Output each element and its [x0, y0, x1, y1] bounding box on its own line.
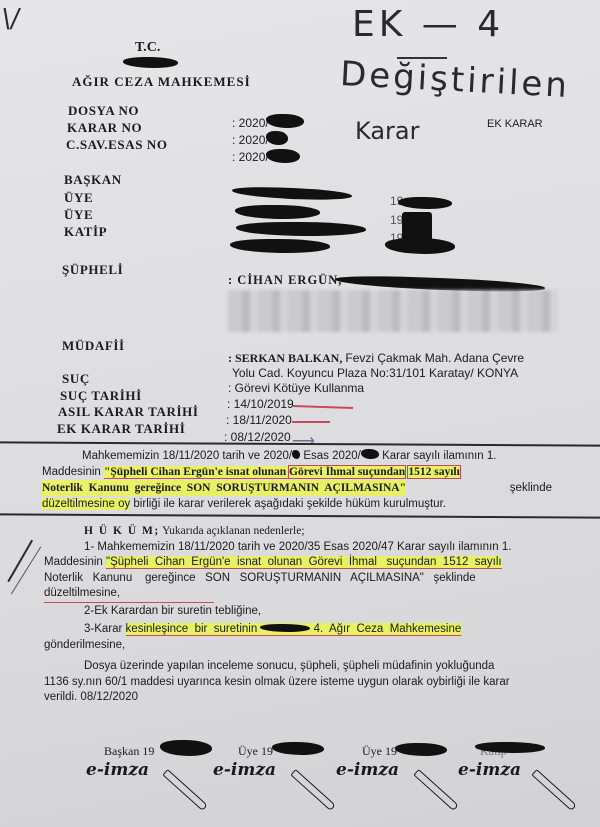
defense-address-line1: Fevzi Çakmak Mah. Adana Çevre: [345, 351, 524, 365]
verdict-text: düzeltilmesine,: [44, 587, 120, 599]
defense-info: : SERKAN BALKAN, Fevzi Çakmak Mah. Adana…: [228, 351, 524, 366]
e-signature-stamp: e-imza: [336, 760, 399, 780]
verdict-text: Maddesinin: [44, 556, 106, 568]
boxed-law-text: 1512 sayılı: [408, 466, 459, 478]
redaction-number: [361, 449, 379, 459]
highlighted-text: düzeltilmesine oy: [42, 498, 130, 510]
amendment-text: şeklinde: [510, 480, 552, 496]
highlighted-text: kesinleşince bir suretinin 4. Ağır Ceza …: [126, 623, 462, 636]
amendment-text: Maddesinin: [42, 466, 104, 478]
boxed-crime-text: Görevi İhmal suçundan: [289, 466, 405, 478]
verdict-text: 3-Karar: [84, 623, 126, 635]
case-field-value: : 2020/: [232, 116, 269, 130]
case-field-value: : 2020/: [232, 150, 269, 164]
suspect-name: : CİHAN ERGÜN,: [228, 273, 342, 288]
amendment-text: Esas 2020/: [303, 450, 361, 462]
highlighted-text: Noterlik Kanunu gereğince SON SORUŞTURMA…: [42, 480, 406, 496]
redaction-panel-name: [236, 222, 366, 236]
verdict-heading: H Ü K Ü M; Yukarıda açıklanan nedenlerle…: [44, 524, 556, 540]
verdict-item-3-line-2: gönderilmesine,: [44, 638, 556, 654]
defense-label: MÜDAFİİ: [62, 338, 125, 354]
detail-label: SUÇ TARİHİ: [60, 388, 142, 404]
detail-label: SUÇ: [62, 371, 90, 387]
panel-label: BAŞKAN: [64, 172, 122, 188]
redaction-panel-name: [230, 239, 330, 253]
detail-value: : Görevi Kötüye Kullanma: [228, 381, 364, 395]
redaction-number: [292, 450, 300, 459]
highlighted-text: "Şüpheli Cihan Ergün'e isnat olunan: [104, 466, 289, 479]
detail-value: : 14/10/2019: [227, 397, 294, 411]
panel-label: KATİP: [64, 224, 107, 240]
margin-strike-line: [7, 540, 32, 582]
case-field-label: C.SAV.ESAS NO: [66, 137, 168, 153]
e-signature-stamp: e-imza: [86, 760, 149, 780]
verdict-item-1-line-2: Maddesinin "Şüpheli Cihan Ergün'e isnat …: [44, 555, 556, 571]
defense-address-line2: Yolu Cad. Koyuncu Plaza No:31/101 Karata…: [232, 366, 518, 380]
blurred-suspect-address: [228, 290, 558, 332]
detail-value: : 18/11/2020: [226, 413, 292, 427]
pen-icon: [290, 769, 335, 811]
handwritten-decision-label: Karar: [355, 117, 419, 145]
amendment-text: birliği ile karar verilerek aşağıdaki şe…: [130, 498, 446, 510]
e-signature-stamp: e-imza: [458, 760, 521, 780]
redaction-case-no: [266, 149, 300, 163]
detail-label: ASIL KARAR TARİHİ: [58, 404, 198, 420]
pen-icon: [162, 769, 207, 811]
pen-icon: [413, 769, 458, 811]
closing-line-2: 1136 sy.nın 60/1 maddesi uyarınca kesin …: [44, 675, 556, 691]
case-field-label: KARAR NO: [67, 120, 142, 136]
amendment-paragraph: Mahkememizin 18/11/2020 tarih ve 2020/ E…: [42, 448, 552, 512]
defense-attorney-name: : SERKAN BALKAN,: [228, 351, 342, 365]
redaction-panel-birth: [398, 197, 452, 209]
redaction-panel-name: [235, 205, 320, 219]
redaction-panel-name: [232, 186, 352, 201]
verdict-item-3-line-1: 3-Karar kesinleşince bir suretinin 4. Ağ…: [44, 622, 556, 638]
amendment-text: Mahkememizin 18/11/2020 tarih ve 2020/: [82, 450, 292, 462]
handwritten-changed-label: Değiştirilen: [339, 54, 571, 106]
case-field-value: : 2020/: [232, 133, 269, 147]
verdict-item-2: 2-Ek Karardan bir suretin tebliğine,: [44, 604, 556, 620]
redaction-signature-name: [395, 743, 447, 756]
closing-line-1: Dosya üzerinde yapılan inceleme sonucu, …: [44, 659, 556, 675]
verdict-text: kesinleşince bir suretinin: [126, 623, 258, 635]
verdict-item-1-line-4: düzeltilmesine,: [44, 586, 214, 603]
signature-role: Üye 19: [362, 744, 397, 759]
redaction-case-no: [266, 131, 288, 145]
pen-icon: [531, 769, 576, 811]
margin-strike-line: [11, 546, 42, 594]
suspect-label: ŞÜPHELİ: [62, 262, 123, 278]
amendment-line-4: düzeltilmesine oy birliği ile karar veri…: [42, 496, 552, 512]
amendment-line-3: Noterlik Kanunu gereğince SON SORUŞTURMA…: [42, 480, 552, 496]
verdict-intro: Yukarıda açıklanan nedenlerle;: [160, 525, 305, 537]
red-underline: [293, 405, 353, 409]
signature-role: Üye 19: [238, 744, 273, 759]
document-type: EK KARAR: [487, 118, 543, 130]
verdict-item-1-line-1: 1- Mahkememizin 18/11/2020 tarih ve 2020…: [44, 540, 556, 556]
verdict-text: 4. Ağır Ceza Mahkemesine: [314, 623, 462, 635]
court-name: AĞIR CEZA MAHKEMESİ: [72, 74, 251, 90]
redaction-signature-name: [272, 742, 324, 755]
redaction-case-no: [266, 114, 304, 128]
detail-label: EK KARAR TARİHİ: [57, 421, 185, 437]
amendment-line-2: Maddesinin "Şüpheli Cihan Ergün'e isnat …: [42, 464, 552, 480]
signature-role: Başkan 19: [104, 744, 154, 759]
amendment-text: Karar sayılı ilamının 1.: [382, 450, 496, 462]
redaction-city: [123, 57, 178, 68]
red-underline: [292, 421, 330, 423]
handwritten-corner-mark: \/: [0, 4, 22, 34]
highlighted-text: "Şüpheli Cihan Ergün'e isnat olunan Göre…: [106, 556, 502, 569]
handwritten-annex-label: EK — 4: [352, 4, 504, 45]
redaction-city: [260, 624, 310, 632]
verdict-section: H Ü K Ü M; Yukarıda açıklanan nedenlerle…: [44, 524, 556, 706]
tc-heading: T.C.: [135, 40, 160, 56]
case-field-label: DOSYA NO: [68, 103, 139, 119]
verdict-title: H Ü K Ü M;: [84, 525, 160, 537]
panel-label: ÜYE: [64, 190, 93, 206]
redaction-panel-birth: [385, 238, 455, 254]
closing-line-3: verildi. 08/12/2020: [44, 690, 556, 706]
panel-label: ÜYE: [64, 207, 93, 223]
e-signature-stamp: e-imza: [213, 760, 276, 780]
redaction-signature-name: [160, 740, 212, 756]
divider-bottom: [0, 513, 600, 518]
amendment-line-1: Mahkememizin 18/11/2020 tarih ve 2020/ E…: [42, 448, 552, 464]
verdict-item-1-line-3: Noterlik Kanunu gereğince SON SORUŞTURMA…: [44, 571, 556, 587]
